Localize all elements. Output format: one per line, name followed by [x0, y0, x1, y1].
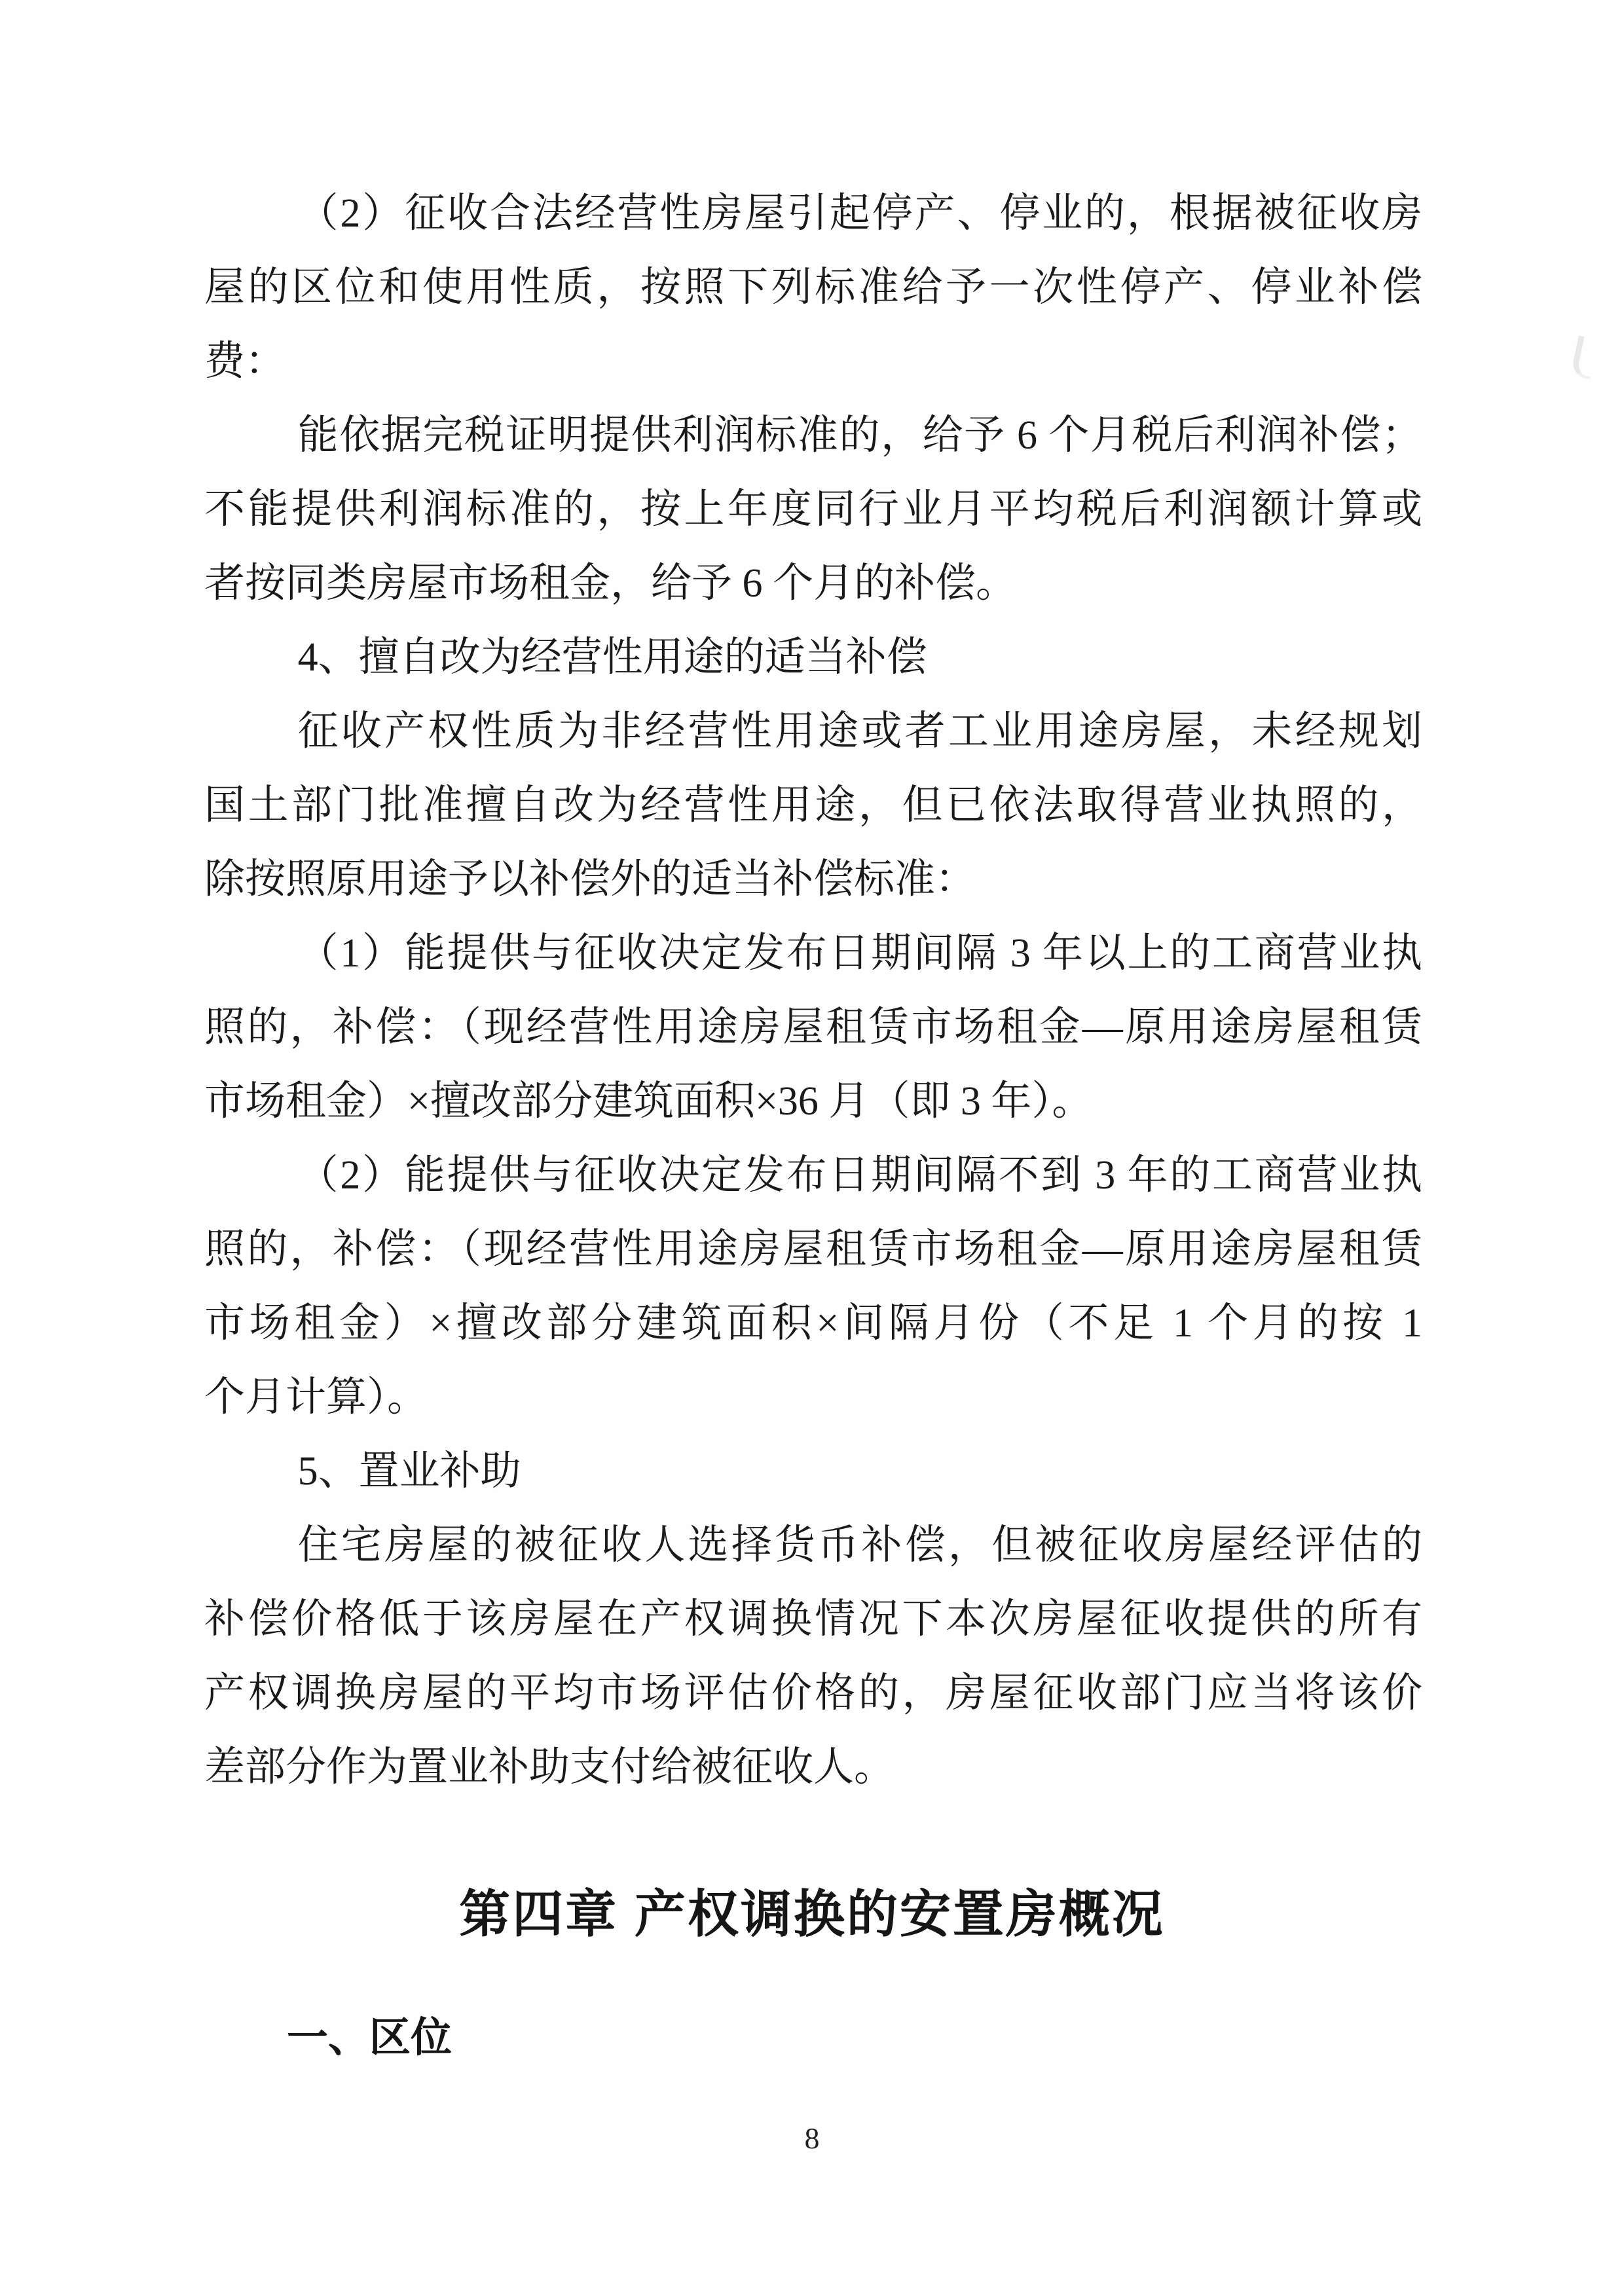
- text-line: 能依据完税证明提供利润标准的，给予 6 个月税后利润补偿；: [204, 399, 1422, 473]
- text-line: 征收产权性质为非经营性用途或者工业用途房屋，未经规划: [204, 695, 1422, 769]
- scan-artifact: [1570, 335, 1598, 379]
- text-line: 国土部门批准擅自改为经营性用途，但已依法取得营业执照的，: [204, 769, 1422, 843]
- text-line: （2）能提供与征收决定发布日期间隔不到 3 年的工商营业执: [204, 1139, 1422, 1213]
- page-number: 8: [0, 2119, 1624, 2158]
- text-line: 不能提供利润标准的，按上年度同行业月平均税后利润额计算或: [204, 473, 1422, 547]
- text-line: 4、擅自改为经营性用途的适当补偿: [204, 621, 1422, 695]
- text-line: 住宅房屋的被征收人选择货币补偿，但被征收房屋经评估的: [204, 1509, 1422, 1583]
- chapter-heading: 第四章 产权调换的安置房概况: [0, 1878, 1624, 1950]
- text-line: 费：: [204, 325, 1422, 399]
- text-line: 5、置业补助: [204, 1435, 1422, 1509]
- text-line: 照的，补偿：（现经营性用途房屋租赁市场租金—原用途房屋租赁: [204, 991, 1422, 1065]
- text-line: 屋的区位和使用性质，按照下列标准给予一次性停产、停业补偿: [204, 251, 1422, 325]
- text-line: 者按同类房屋市场租金，给予 6 个月的补偿。: [204, 547, 1422, 621]
- text-line: 市场租金）×擅改部分建筑面积×间隔月份（不足 1 个月的按 1: [204, 1287, 1422, 1361]
- text-line: （1）能提供与征收决定发布日期间隔 3 年以上的工商营业执: [204, 917, 1422, 991]
- text-line: 补偿价格低于该房屋在产权调换情况下本次房屋征收提供的所有: [204, 1583, 1422, 1657]
- document-page: （2）征收合法经营性房屋引起停产、停业的，根据被征收房屋的区位和使用性质，按照下…: [0, 0, 1624, 2295]
- text-line: 除按照原用途予以补偿外的适当补偿标准：: [204, 843, 1422, 917]
- text-line: 市场租金）×擅改部分建筑面积×36 月（即 3 年）。: [204, 1065, 1422, 1139]
- text-line: （2）征收合法经营性房屋引起停产、停业的，根据被征收房: [204, 177, 1422, 251]
- text-line: 个月计算）。: [204, 1361, 1422, 1435]
- section-heading: 一、区位: [204, 2005, 1422, 2070]
- body-text: （2）征收合法经营性房屋引起停产、停业的，根据被征收房屋的区位和使用性质，按照下…: [204, 177, 1422, 1805]
- text-line: 产权调换房屋的平均市场评估价格的，房屋征收部门应当将该价: [204, 1657, 1422, 1731]
- text-line: 差部分作为置业补助支付给被征收人。: [204, 1731, 1422, 1805]
- text-line: 照的，补偿：（现经营性用途房屋租赁市场租金—原用途房屋租赁: [204, 1213, 1422, 1287]
